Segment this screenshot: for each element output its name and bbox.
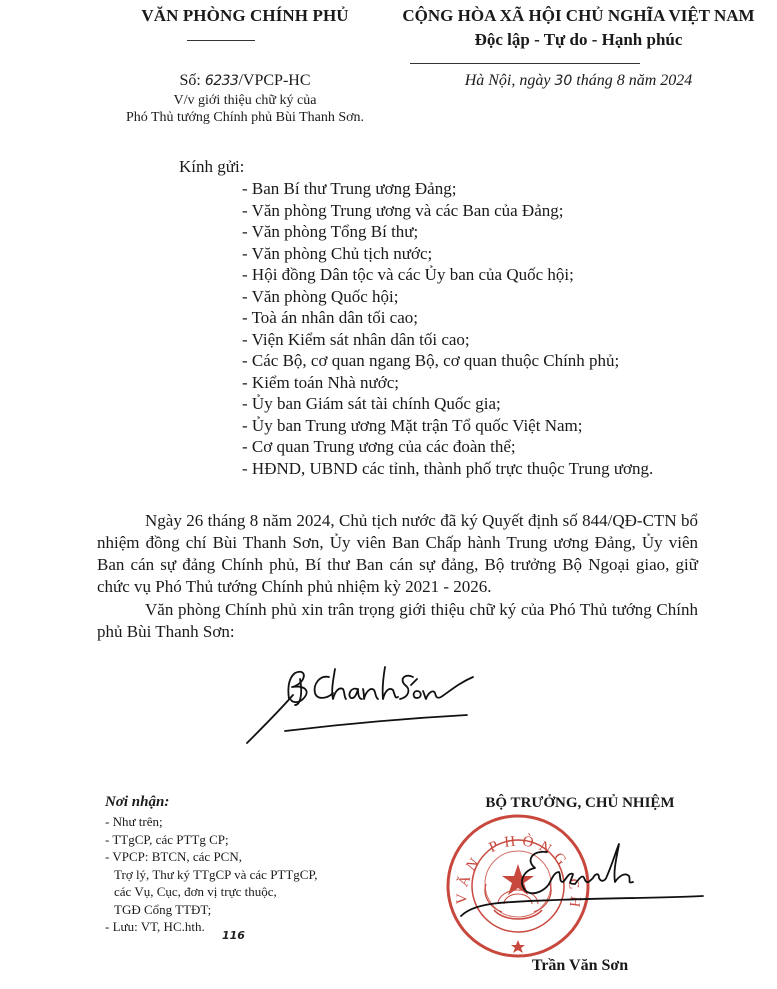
handwritten-signature-icon <box>455 842 705 932</box>
subject: V/v giới thiệu chữ ký của Phó Thủ tướng … <box>92 92 398 126</box>
divider <box>410 63 640 64</box>
distribution-item: - Lưu: VT, HC.hth. <box>105 918 318 936</box>
recipient-item: - Văn phòng Chủ tịch nước; <box>242 243 653 265</box>
place-date: Hà Nội, ngày 30 tháng 8 năm 2024 <box>380 72 777 90</box>
handwritten-signature-icon <box>245 655 475 745</box>
recipient-item: - Văn phòng Tổng Bí thư; <box>242 221 653 243</box>
recipient-item: - Kiểm toán Nhà nước; <box>242 372 653 394</box>
national-title: CỘNG HÒA XÃ HỘI CHỦ NGHĨA VIỆT NAM <box>380 6 777 26</box>
distribution-item: - TTgCP, các PTTg CP; <box>105 831 318 849</box>
subject-line: Phó Thủ tướng Chính phủ Bùi Thanh Sơn. <box>92 109 398 126</box>
place-date-suffix: tháng 8 năm 2024 <box>572 72 692 89</box>
national-motto: Độc lập - Tự do - Hạnh phúc <box>380 30 777 50</box>
body-paragraph: Văn phòng Chính phủ xin trân trọng giới … <box>97 599 698 643</box>
distribution-item: các Vụ, Cục, đơn vị trực thuộc, <box>105 883 318 901</box>
recipient-item: - Các Bộ, cơ quan ngang Bộ, cơ quan thuộ… <box>242 350 653 372</box>
doc-number-handwritten: 6233 <box>205 73 239 89</box>
recipient-item: - Ủy ban Giám sát tài chính Quốc gia; <box>242 393 653 415</box>
signer-title: BỘ TRƯỞNG, CHỦ NHIỆM <box>455 795 705 812</box>
greeting: Kính gửi: <box>179 157 244 177</box>
recipient-item: - Văn phòng Quốc hội; <box>242 286 653 308</box>
distribution-list: - Như trên;- TTgCP, các PTTg CP;- VPCP: … <box>105 813 318 936</box>
recipient-item: - Viện Kiểm sát nhân dân tối cao; <box>242 329 653 351</box>
document-number: Số: 6233/VPCP-HC <box>112 72 378 90</box>
distribution-item: - VPCP: BTCN, các PCN, <box>105 848 318 866</box>
distribution-item: Trợ lý, Thư ký TTgCP và các PTTgCP, <box>105 866 318 884</box>
doc-number-suffix: /VPCP-HC <box>238 72 310 89</box>
issuing-office: VĂN PHÒNG CHÍNH PHỦ <box>112 6 378 26</box>
subject-line: V/v giới thiệu chữ ký của <box>92 92 398 109</box>
distribution-item: - Như trên; <box>105 813 318 831</box>
recipient-item: - HĐND, UBND các tỉnh, thành phố trực th… <box>242 458 653 480</box>
distribution-item: TGĐ Cổng TTĐT; <box>105 901 318 919</box>
recipient-item: - Cơ quan Trung ương của các đoàn thể; <box>242 436 653 458</box>
handwritten-code: 116 <box>222 929 245 942</box>
recipient-item: - Ủy ban Trung ương Mặt trận Tổ quốc Việ… <box>242 415 653 437</box>
doc-number-prefix: Số: <box>179 72 204 89</box>
body-paragraph: Ngày 26 tháng 8 năm 2024, Chủ tịch nước … <box>97 510 698 598</box>
recipient-item: - Hội đồng Dân tộc và các Ủy ban của Quố… <box>242 264 653 286</box>
date-day-handwritten: 30 <box>554 73 572 89</box>
signer-name: Trần Văn Sơn <box>455 957 705 975</box>
recipient-item: - Toà án nhân dân tối cao; <box>242 307 653 329</box>
place-date-prefix: Hà Nội, ngày <box>465 72 555 89</box>
recipient-item: - Văn phòng Trung ương và các Ban của Đả… <box>242 200 653 222</box>
recipient-list: - Ban Bí thư Trung ương Đảng;- Văn phòng… <box>242 178 653 479</box>
recipient-item: - Ban Bí thư Trung ương Đảng; <box>242 178 653 200</box>
divider <box>187 40 255 41</box>
distribution-title: Nơi nhận: <box>105 794 169 811</box>
